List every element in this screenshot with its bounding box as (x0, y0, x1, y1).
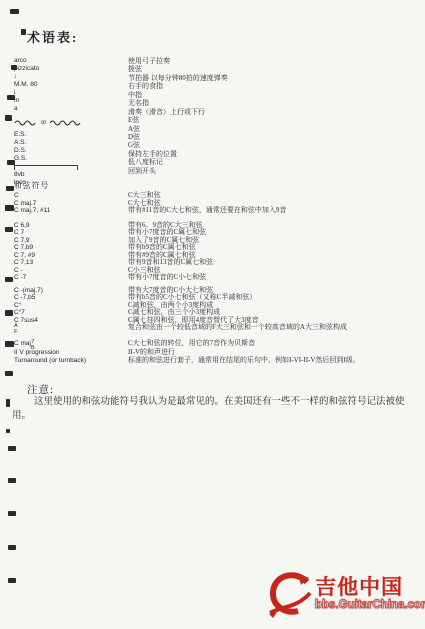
scan-artifact-mark (6, 186, 14, 191)
term-8vb: 8vb (14, 171, 85, 179)
chord-row-inversion: C maj7B C大七和弦的转位，用它的7音作为贝斯音 (14, 340, 360, 349)
def-middle-finger: 中指 (128, 91, 228, 99)
chord-row: C 7,13带有9音和13音的C属七和弦 (14, 259, 360, 267)
watermark-site-url: bbs.GuitarChina.com (315, 599, 425, 611)
chord-row: C maj.7, #11带有#11音的C大七和弦，通常还要在和弦中加入9音 (14, 207, 360, 215)
term-string-e: E.S. (14, 131, 85, 139)
glossary-definition-column: 使用弓子拉奏 拨弦 节拍器 以每分钟80拍的速度弹奏 右手的食指 中指 无名指 … (128, 57, 228, 175)
def-string-d: D弦 (128, 133, 228, 141)
term-metronome-note: ♩ (14, 73, 85, 81)
glossary-title: 术语表: (27, 27, 78, 46)
note-title: 注意: (27, 382, 54, 397)
dragon-g-logo-icon (268, 570, 312, 618)
scan-artifact-mark (21, 29, 26, 35)
scan-artifact-mark (5, 227, 13, 232)
watermark-site-name: 吉他中国 (315, 577, 425, 599)
def-position-hold: 保持左手的位置 (128, 150, 228, 158)
watermark: 吉他中国 bbs.GuitarChina.com (268, 570, 425, 618)
chord-section-title: 和弦符号 (14, 181, 360, 190)
scan-artifact-mark (5, 115, 12, 121)
scan-artifact-mark (8, 578, 16, 583)
scanned-page: 术语表: arco pizzicato ♩ M.M. 80 i m a or E… (0, 0, 425, 629)
scan-artifact-mark (8, 446, 16, 451)
scan-artifact-mark (8, 511, 16, 516)
def-string-a: A弦 (128, 125, 228, 133)
def-string-g: G弦 (128, 141, 228, 149)
term-a: a (14, 105, 85, 113)
note-body: 这里使用的和弦功能符号我认为是最常见的。在美国还有一些不一样的和弦符号记法被使用… (12, 396, 408, 423)
def-ring-finger: 无名指 (128, 99, 228, 107)
chord-row-slash-chord: AF 复合和弦由一个较低音域的F大三和弦和一个较高音域的A大三和弦构成 (14, 324, 360, 336)
scan-artifact-mark (6, 399, 10, 407)
glissando-wavy-icon: or (14, 119, 85, 127)
glossary-term-column: arco pizzicato ♩ M.M. 80 i m a or E.S. A… (14, 57, 85, 187)
def-index-finger: 右手的食指 (128, 82, 228, 90)
scan-artifact-mark (8, 545, 16, 550)
chord-row: Turnaround (or turnback)标准的和弦进行套子，通常用在结尾… (14, 357, 360, 365)
chord-symbols-section: 和弦符号 CC大三和弦 C maj.7C大七和弦 C maj.7, #11带有#… (14, 181, 360, 364)
glissando-or-label: or (41, 119, 46, 127)
chord-row: CC大三和弦 (14, 192, 360, 200)
scan-artifact-mark (5, 310, 13, 316)
chord-row: C -7带有小7度音的C小七和弦 (14, 274, 360, 282)
term-string-a: A.S. (14, 139, 85, 147)
def-string-e: E弦 (128, 116, 228, 124)
def-loco: 回到开头 (128, 167, 228, 175)
scan-artifact-mark (10, 9, 19, 14)
term-string-d: D.S. (14, 147, 85, 155)
def-pizzicato: 拨弦 (128, 65, 228, 73)
def-arco: 使用弓子拉奏 (128, 57, 228, 65)
def-glissando: 滑奏（滑音）上行或下行 (128, 108, 228, 116)
scan-artifact-mark (5, 371, 13, 376)
term-pizzicato: pizzicato (14, 65, 85, 73)
scan-artifact-mark (6, 429, 10, 433)
scan-artifact-mark (8, 478, 16, 483)
term-i: i (14, 89, 85, 97)
position-hold-bracket-icon (14, 163, 85, 171)
term-mm80: M.M. 80 (14, 81, 85, 89)
term-m: m (14, 97, 85, 105)
def-octave-lower: 低八度标记 (128, 158, 228, 166)
scan-artifact-mark (5, 341, 14, 347)
term-arco: arco (14, 57, 85, 65)
scan-artifact-mark (5, 205, 14, 211)
scan-artifact-mark (5, 277, 13, 282)
term-string-g: G.S. (14, 155, 85, 163)
slash-chord-fraction: AF (14, 324, 18, 335)
